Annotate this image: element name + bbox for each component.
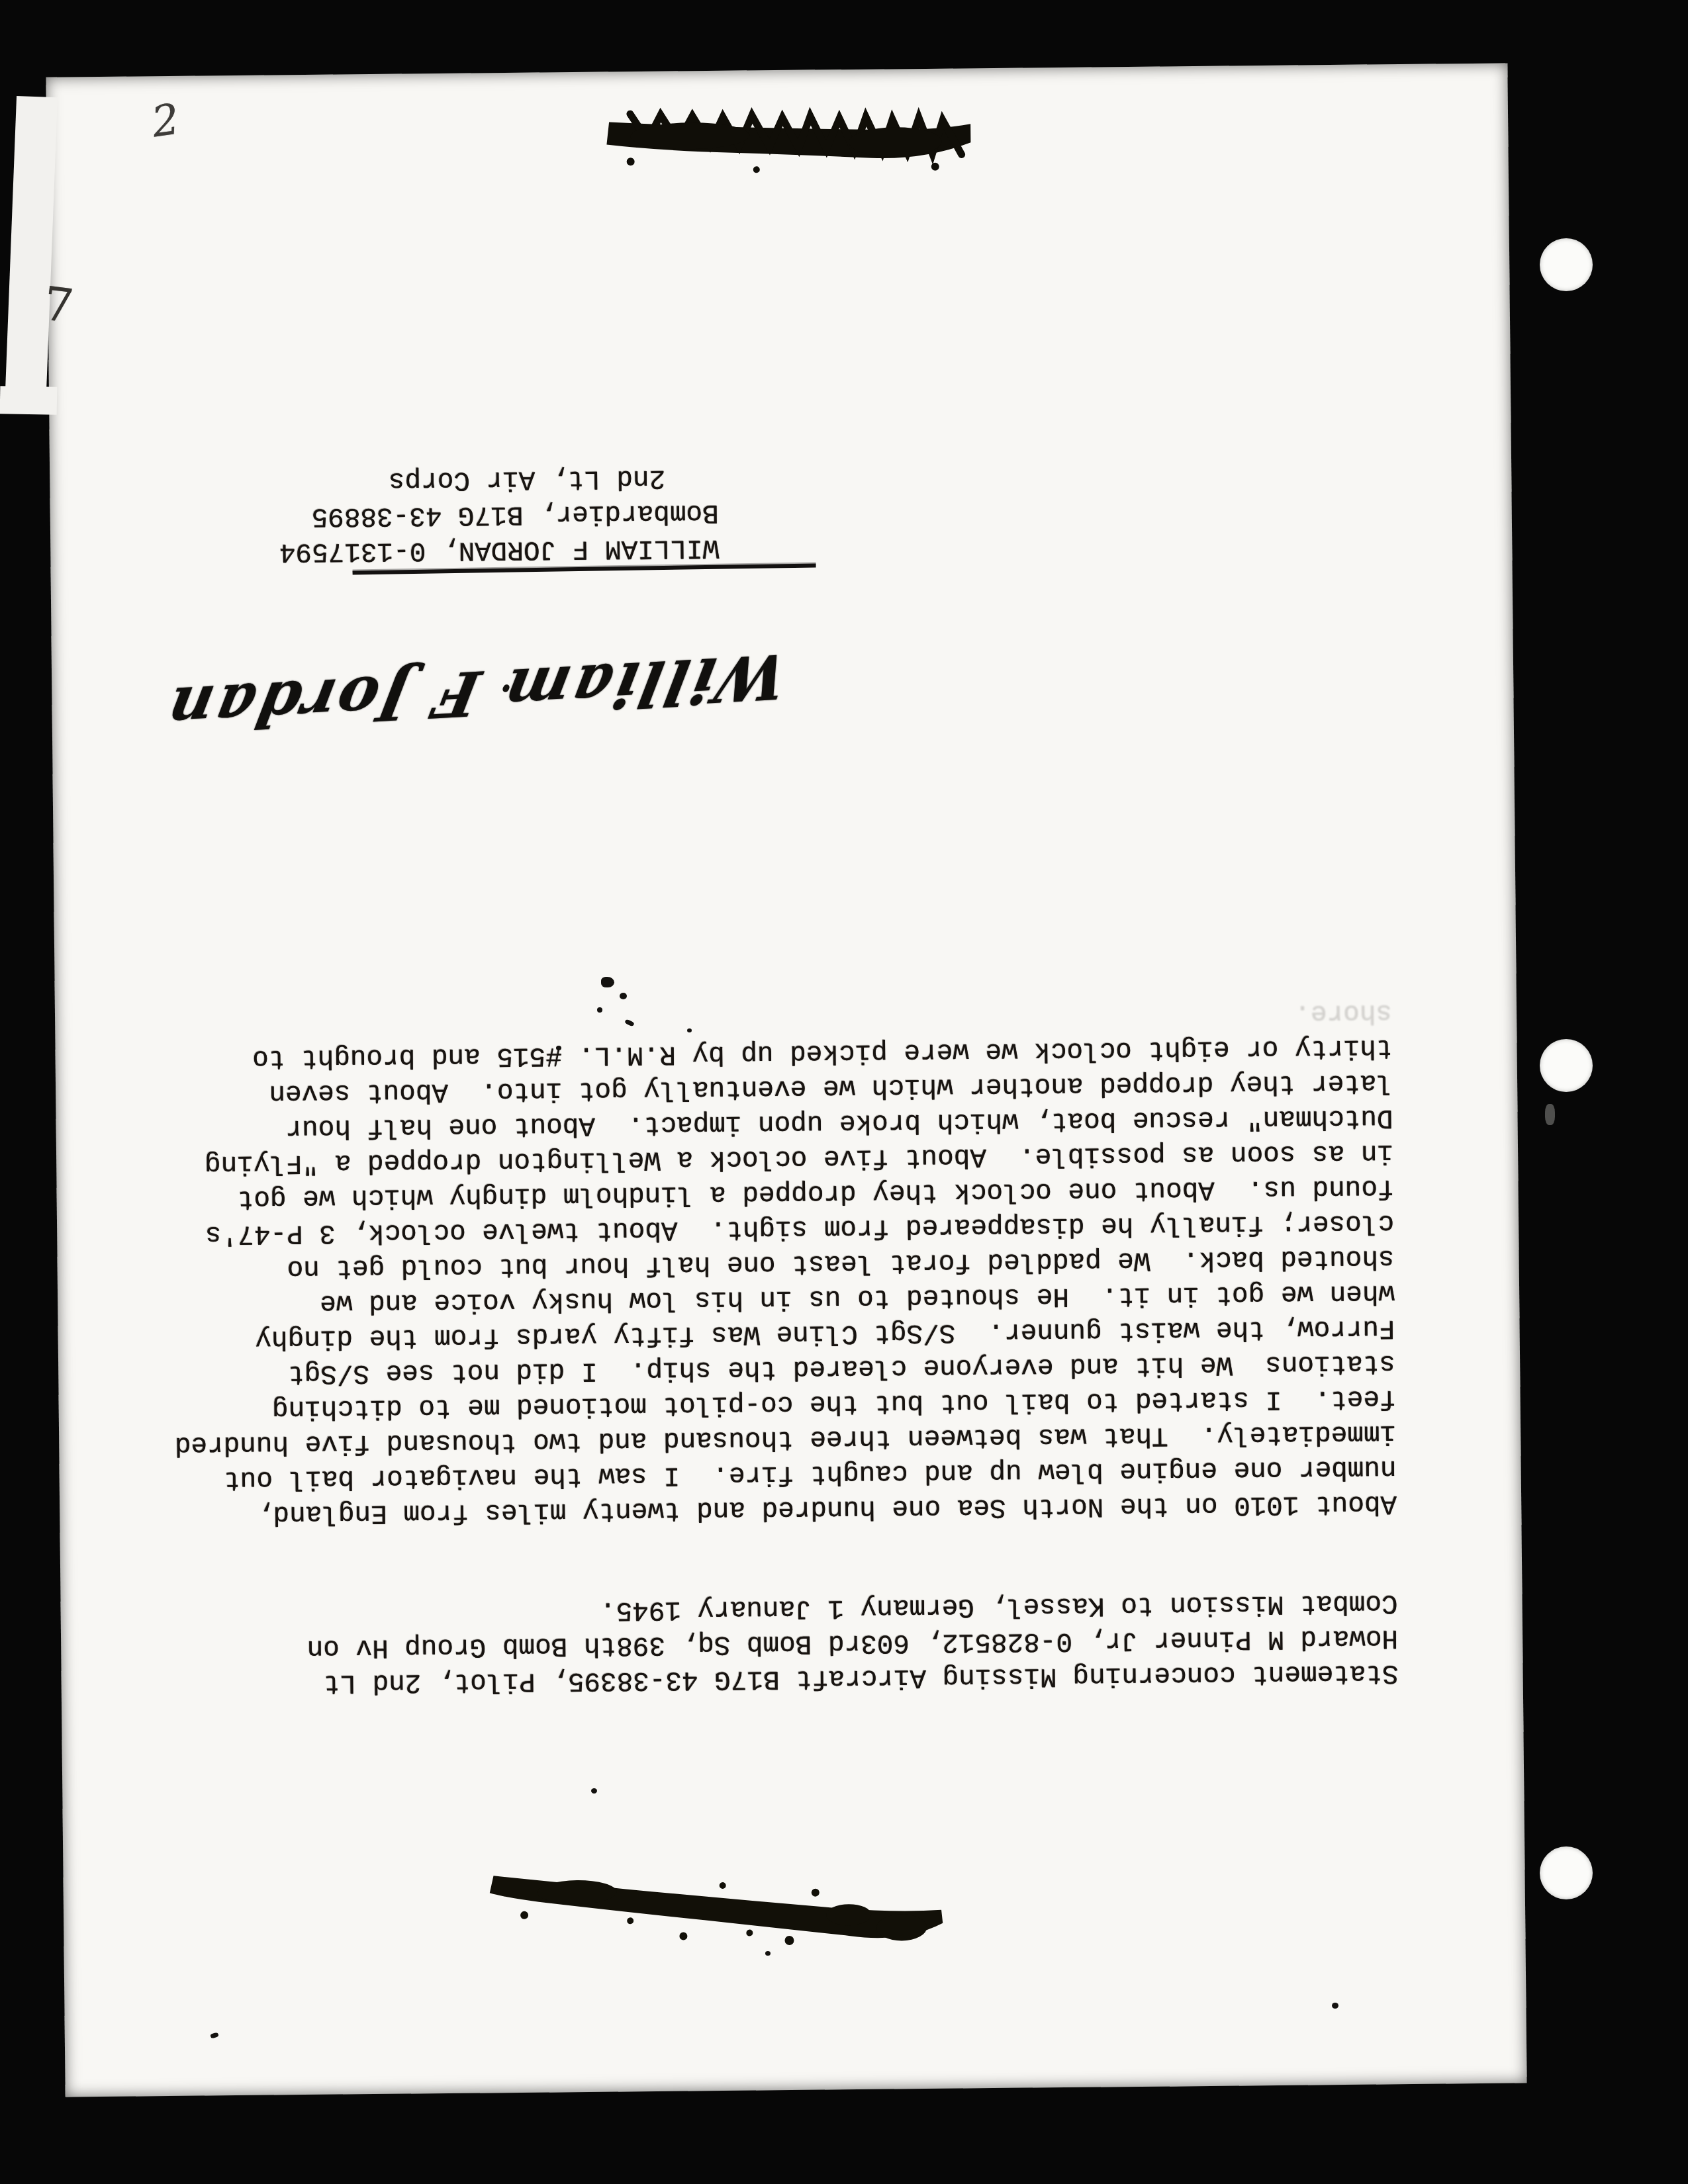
stamp-scribble-graphic bbox=[597, 101, 975, 184]
ink-speck bbox=[1332, 2003, 1338, 2009]
ink-speck bbox=[556, 1046, 561, 1050]
ink-speck bbox=[687, 1028, 692, 1032]
ink-speck bbox=[591, 1788, 597, 1794]
defaced-stamp-bottom bbox=[597, 101, 975, 184]
punch-hole bbox=[1540, 1039, 1593, 1092]
punch-hole bbox=[1540, 238, 1593, 291]
scanned-page: Statement concerning Missing Aircraft B1… bbox=[46, 63, 1526, 2097]
page-content-rotated-180: Statement concerning Missing Aircraft B1… bbox=[46, 63, 1526, 2097]
scanned-document-photocopy: { "scan": { "orientation_note": "typewri… bbox=[0, 0, 1688, 2184]
ink-speck bbox=[765, 1951, 771, 1956]
signature-typed-name: WILLIAM F JORDAN, 0-1317594 bbox=[279, 529, 720, 569]
scan-smudge bbox=[1545, 1104, 1555, 1125]
handwritten-signature: William F Jordan bbox=[275, 585, 802, 740]
signature-typed-rank: 2nd Lt, Air Corps bbox=[389, 460, 666, 498]
ink-speck bbox=[620, 993, 627, 999]
scan-edge-sliver-small bbox=[0, 386, 57, 414]
defaced-stamp-top bbox=[484, 1858, 948, 1962]
signature-typed-role: Bombardier, B17G 43-38895 bbox=[311, 494, 719, 533]
ink-speck bbox=[601, 977, 614, 987]
punch-hole bbox=[1540, 1846, 1593, 1899]
ink-speck bbox=[597, 1007, 602, 1013]
stamp-scribble-graphic bbox=[484, 1858, 948, 1962]
